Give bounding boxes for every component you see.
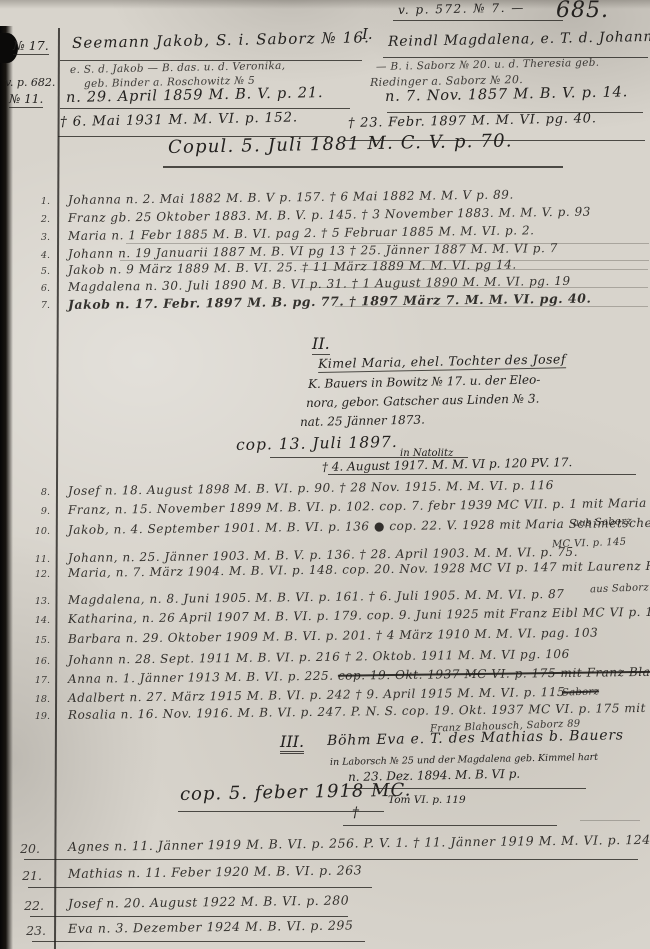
child-row: Magdalena, n. 8. Juni 1905. M. B. VI. p.…	[68, 587, 565, 607]
child-row-number: 12.	[0, 569, 50, 580]
rule-line	[387, 112, 643, 113]
child-row: Barbara n. 29. Oktober 1909 M. B. VI. p.…	[68, 626, 598, 646]
rule-line	[30, 916, 348, 917]
marriage1-copulation-record: Copul. 5. Juli 1881 M. C. V. p. 70.	[168, 130, 513, 158]
margin-rule-line	[54, 28, 60, 949]
child-row-number: 4.	[0, 250, 50, 261]
wife2-parents-line2: nora, gebor. Gatscher aus Linden № 3.	[306, 392, 540, 410]
rule-line	[178, 811, 384, 812]
child-row: Franz gb. 25 Oktober 1883. M. B. V. p. 1…	[68, 205, 591, 225]
wife3-name-line: Böhm Eva e. T. des Mathias b. Bauers	[327, 727, 624, 749]
child-row-number: 1.	[0, 196, 50, 207]
child-row: Franz, n. 15. November 1899 M. B. VI. p.…	[68, 495, 650, 517]
child-row-text: Anna n. 1. Jänner 1913 M. B. VI. p. 225.	[68, 669, 338, 686]
rule-line	[328, 474, 636, 475]
child-row-number: 17.	[0, 675, 50, 686]
child-row: Katharina, n. 26 April 1907 M. B. VI. p.…	[68, 605, 650, 626]
register-page: № 17. v. p. 682. № 11. Seemann Jakob, S.…	[0, 0, 650, 949]
rule-line	[345, 140, 645, 141]
rule-line	[60, 60, 362, 61]
child-row: Anna n. 1. Jänner 1913 M. B. VI. p. 225.…	[68, 664, 650, 686]
child-row: Johanna n. 2. Mai 1882 M. B. V p. 157. †…	[68, 188, 514, 207]
rule-line	[580, 820, 640, 821]
wife3-death-mark: †	[352, 805, 359, 821]
rule-line	[60, 108, 350, 109]
child-row-number: 20.	[0, 841, 40, 856]
rule-line	[383, 57, 648, 58]
child-row-number: 7.	[0, 300, 50, 311]
child-row: Josef n. 20. August 1922 M. B. VI. p. 28…	[68, 893, 349, 911]
child-row-number: 2.	[0, 214, 50, 225]
wife2-parents-line1: K. Bauers in Bowitz № 17. u. der Eleo-	[308, 373, 541, 391]
child-row: Johann n. 28. Sept. 1911 M. B. VI. p. 21…	[68, 647, 570, 667]
child-row-number: 9.	[0, 506, 50, 517]
section-numeral-1: I.	[362, 25, 373, 43]
page-number: 685.	[556, 0, 609, 23]
rule-line	[343, 825, 557, 826]
child-row-number: 10.	[0, 526, 50, 537]
child-row: Jakob n. 17. Febr. 1897 M. B. pg. 77. † …	[68, 291, 592, 312]
groom-parents-line1: e. S. d. Jakob — B. das. u. d. Veronika,	[70, 60, 286, 76]
child-row-number: 18.	[0, 694, 50, 705]
margin-ref-number-2: № 11.	[9, 92, 43, 108]
wife2-birth-record: nat. 25 Jänner 1873.	[300, 413, 425, 429]
wife1-name-line: Reindl Magdalena, e. T. d. Johann —	[388, 29, 650, 50]
child-row-number: 13.	[0, 596, 50, 607]
child-row-number: 22.	[0, 898, 44, 913]
margin-ref-number: № 17.	[13, 38, 49, 55]
child-row-note: aus Saborz 96	[590, 582, 650, 596]
marriage3-copulation-record: cop. 5. feber 1918 MC.	[180, 780, 412, 805]
child-row-struck-text: cop. 19. Okt. 1937 MC VI. p. 175 mit Fra…	[338, 664, 650, 682]
child-row-number: 6.	[0, 283, 50, 294]
child-row: Josef n. 18. August 1898 M. B. VI. p. 90…	[68, 478, 554, 498]
margin-ref-page: v. p. 682.	[5, 76, 55, 89]
child-row-number: 8.	[0, 487, 50, 498]
wife1-birth-record: n. 7. Nov. 1857 M. B. V. p. 14.	[385, 84, 628, 105]
child-row-number: 23.	[0, 923, 46, 938]
rule-line	[163, 166, 563, 168]
child-row-struck-note: Saborz	[562, 686, 599, 698]
rule-line	[32, 941, 365, 942]
child-row-number: 16.	[0, 656, 50, 667]
rule-line	[335, 306, 648, 307]
rule-line	[270, 457, 468, 458]
wife3-parents-line: in Laborsch № 25 und der Magdalena geb. …	[330, 752, 598, 768]
rule-line	[120, 260, 649, 261]
rule-line	[126, 243, 649, 244]
rule-line	[300, 269, 648, 270]
previous-page-reference: v. p. 572. № 7. —	[398, 1, 525, 17]
scan-top-shadow	[0, 0, 650, 9]
rule-line	[28, 887, 372, 888]
rule-line	[305, 287, 648, 288]
section-numeral-2: II.	[312, 334, 330, 355]
child-row-number: 14.	[0, 615, 50, 626]
child-row-number: 19.	[0, 711, 50, 722]
child-row: Jakob, n. 4. September 1901. M. B. VI. p…	[68, 516, 650, 537]
marriage3-register-ref: Tom VI. p. 119	[388, 794, 466, 806]
groom-death-record: † 6. Mai 1931 M. M. VI. p. 152.	[60, 109, 298, 130]
rule-line	[24, 859, 638, 860]
wife1-death-record: † 23. Febr. 1897 M. M. VI. pg. 40.	[348, 111, 597, 131]
child-row-number: 3.	[0, 232, 50, 243]
rule-line	[346, 788, 586, 789]
child-row-number: 5.	[0, 266, 50, 277]
child-row-number: 11.	[0, 554, 50, 565]
child-row: Mathias n. 11. Feber 1920 M. B. VI. p. 2…	[68, 862, 362, 881]
groom-name-line: Seemann Jakob, S. i. Saborz № 16.	[72, 28, 370, 52]
child-row-number: 15.	[0, 635, 50, 646]
section-numeral-3: III.	[280, 732, 304, 754]
rule-line	[58, 136, 330, 137]
child-row-number: 21.	[0, 868, 42, 883]
wife1-parents-line1: — B. i. Saborz № 20. u. d. Theresia geb.	[376, 57, 600, 73]
child-row: Agnes n. 11. Jänner 1919 M. B. VI. p. 25…	[68, 832, 650, 854]
child-row: Eva n. 3. Dezember 1924 M. B. VI. p. 295	[68, 918, 354, 936]
wife2-name-line: Kimel Maria, ehel. Tochter des Josef	[318, 351, 566, 373]
rule-line	[393, 20, 563, 21]
wife2-death-record: † 4. August 1917. M. M. VI p. 120 PV. 17…	[322, 455, 573, 474]
marriage2-copulation-record: cop. 13. Juli 1897.	[236, 433, 398, 454]
child-row: Maria n. 1 Febr 1885 M. B. VI. pag 2. † …	[68, 223, 535, 243]
